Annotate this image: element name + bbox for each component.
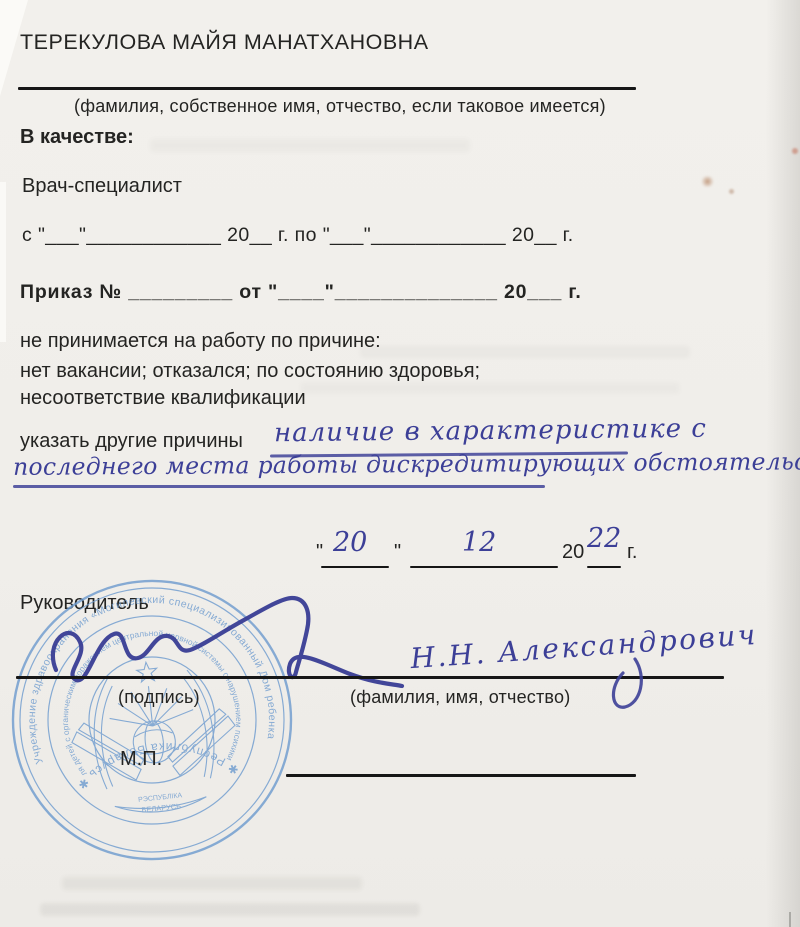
stain-spot: [729, 189, 734, 194]
stain-spot: [792, 148, 798, 154]
date-year-handwritten: 22: [587, 523, 621, 554]
stain-spot: [701, 176, 714, 187]
ghost-text-smudge: [150, 139, 470, 152]
ghost-text-smudge: [40, 903, 420, 916]
ghost-text-smudge: [360, 346, 690, 358]
date-day-handwritten: 20: [333, 527, 367, 558]
other-reasons-label: указать другие причины: [20, 430, 243, 453]
period-blank-line: с "___"____________ 20__ г. по "___"____…: [22, 224, 574, 247]
scanned-document: ТЕРЕКУЛОВА МАЙЯ МАНАТХАНОВНА (фамилия, с…: [0, 0, 800, 927]
handwritten-reason-line1: наличие в характеристике с: [274, 414, 707, 449]
scan-edge-left: [0, 182, 6, 342]
date-day-underline: [321, 566, 389, 568]
order-blank-line: Приказ № _________ от "____"____________…: [20, 281, 582, 304]
handwritten-underline-2: [13, 485, 545, 488]
handwritten-reason-line2: последнего места работы дискредитирующих…: [13, 447, 800, 481]
date-close-quote: ": [394, 541, 401, 564]
ghost-text-smudge: [300, 382, 680, 394]
ribbon-text-2: БЕЛАРУСЬ: [141, 801, 182, 814]
rejection-reason-label: не принимается на работу по причине:: [20, 330, 381, 353]
signature-flourish: [595, 655, 665, 720]
standard-reasons-line1: нет вакансии; отказался; по состоянию зд…: [20, 360, 480, 383]
handwritten-director-name: Н.Н. Александрович: [409, 618, 758, 675]
name-caption: (фамилия, собственное имя, отчество, есл…: [74, 96, 606, 117]
date-open-quote: ": [316, 541, 323, 564]
date-month-underline: [410, 566, 558, 568]
capacity-label: В качестве:: [20, 126, 134, 149]
signature-caption: (подпись): [118, 687, 200, 708]
date-year-underline: [587, 566, 621, 568]
ghost-text-smudge: [62, 877, 362, 890]
date-year-suffix: г.: [627, 541, 637, 564]
date-year-prefix: 20: [562, 541, 584, 564]
bottom-rule: [286, 774, 636, 777]
scan-edge-mark: [789, 912, 791, 927]
fio-caption: (фамилия, имя, отчество): [350, 687, 570, 708]
date-month-handwritten: 12: [462, 527, 496, 558]
name-underline: [18, 87, 636, 90]
standard-reasons-line2: несоответствие квалификации: [20, 387, 306, 410]
position-value: Врач-специалист: [22, 175, 182, 198]
applicant-name: ТЕРЕКУЛОВА МАЙЯ МАНАТХАНОВНА: [20, 30, 429, 55]
seal-placeholder-label: М.П.: [120, 748, 162, 771]
director-signature: [30, 578, 450, 758]
